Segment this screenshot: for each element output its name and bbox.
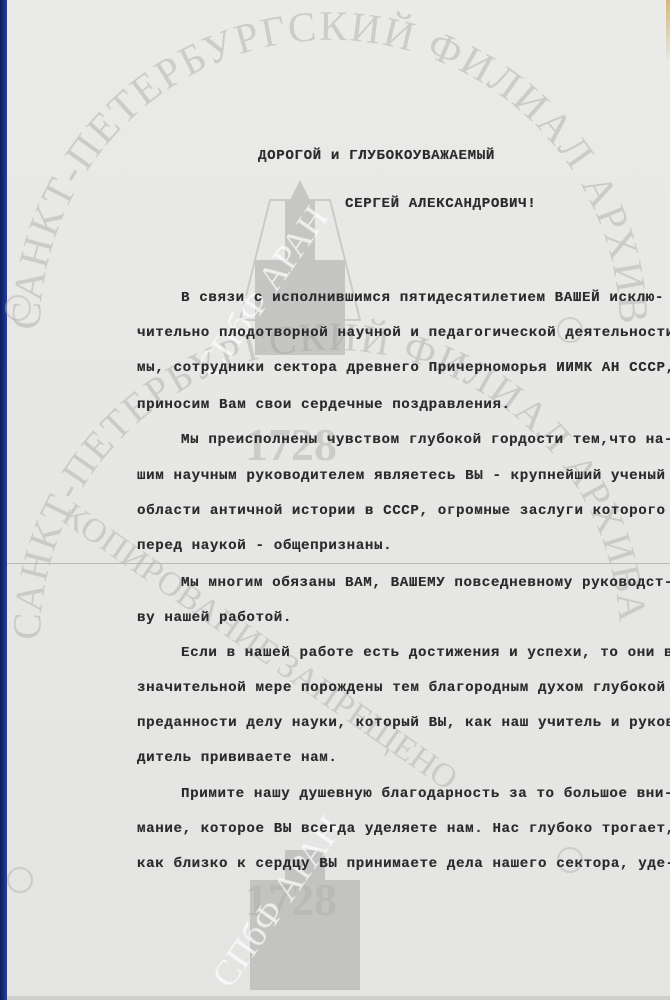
body-line: Примите нашу душевную благодарность за т…	[181, 786, 670, 802]
body-line: мание, которое ВЫ всегда уделяете нам. Н…	[137, 821, 670, 837]
body-line: В связи с исполнившимся пятидесятилетием…	[181, 290, 664, 306]
body-line: дитель прививаете нам.	[137, 750, 338, 766]
paper-right-edge	[666, 0, 670, 60]
salutation-line-2: СЕРГЕЙ АЛЕКСАНДРОВИЧ!	[345, 196, 536, 212]
scan-fold-line	[7, 563, 670, 564]
paper-bottom-edge	[7, 996, 670, 1000]
salutation-line-1: ДОРОГОЙ и ГЛУБОКОУВАЖАЕМЫЙ	[258, 148, 495, 164]
body-line: области античной истории в СССР, огромны…	[137, 503, 666, 519]
body-line: Если в нашей работе есть достижения и ус…	[181, 645, 670, 661]
body-line: преданности делу науки, который ВЫ, как …	[137, 715, 670, 731]
body-line: Мы многим обязаны ВАМ, ВАШЕМУ повседневн…	[181, 575, 670, 591]
scanner-bed-edge	[0, 0, 7, 1000]
body-line: перед наукой - общепризнаны.	[137, 538, 392, 554]
body-line: Мы преисполнены чувством глубокой гордос…	[181, 432, 670, 448]
body-line: мы, сотрудники сектора древнего Причерно…	[137, 360, 670, 376]
body-line: ву нашей работой.	[137, 610, 292, 626]
body-line: приносим Вам свои сердечные поздравления…	[137, 397, 511, 413]
body-line: чительно плодотворной научной и педагоги…	[137, 325, 670, 341]
body-line: значительной мере порождены тем благород…	[137, 680, 666, 696]
body-line: шим научным руководителем являетесь ВЫ -…	[137, 468, 670, 484]
body-line: как близко к сердцу ВЫ принимаете дела н…	[137, 856, 670, 872]
